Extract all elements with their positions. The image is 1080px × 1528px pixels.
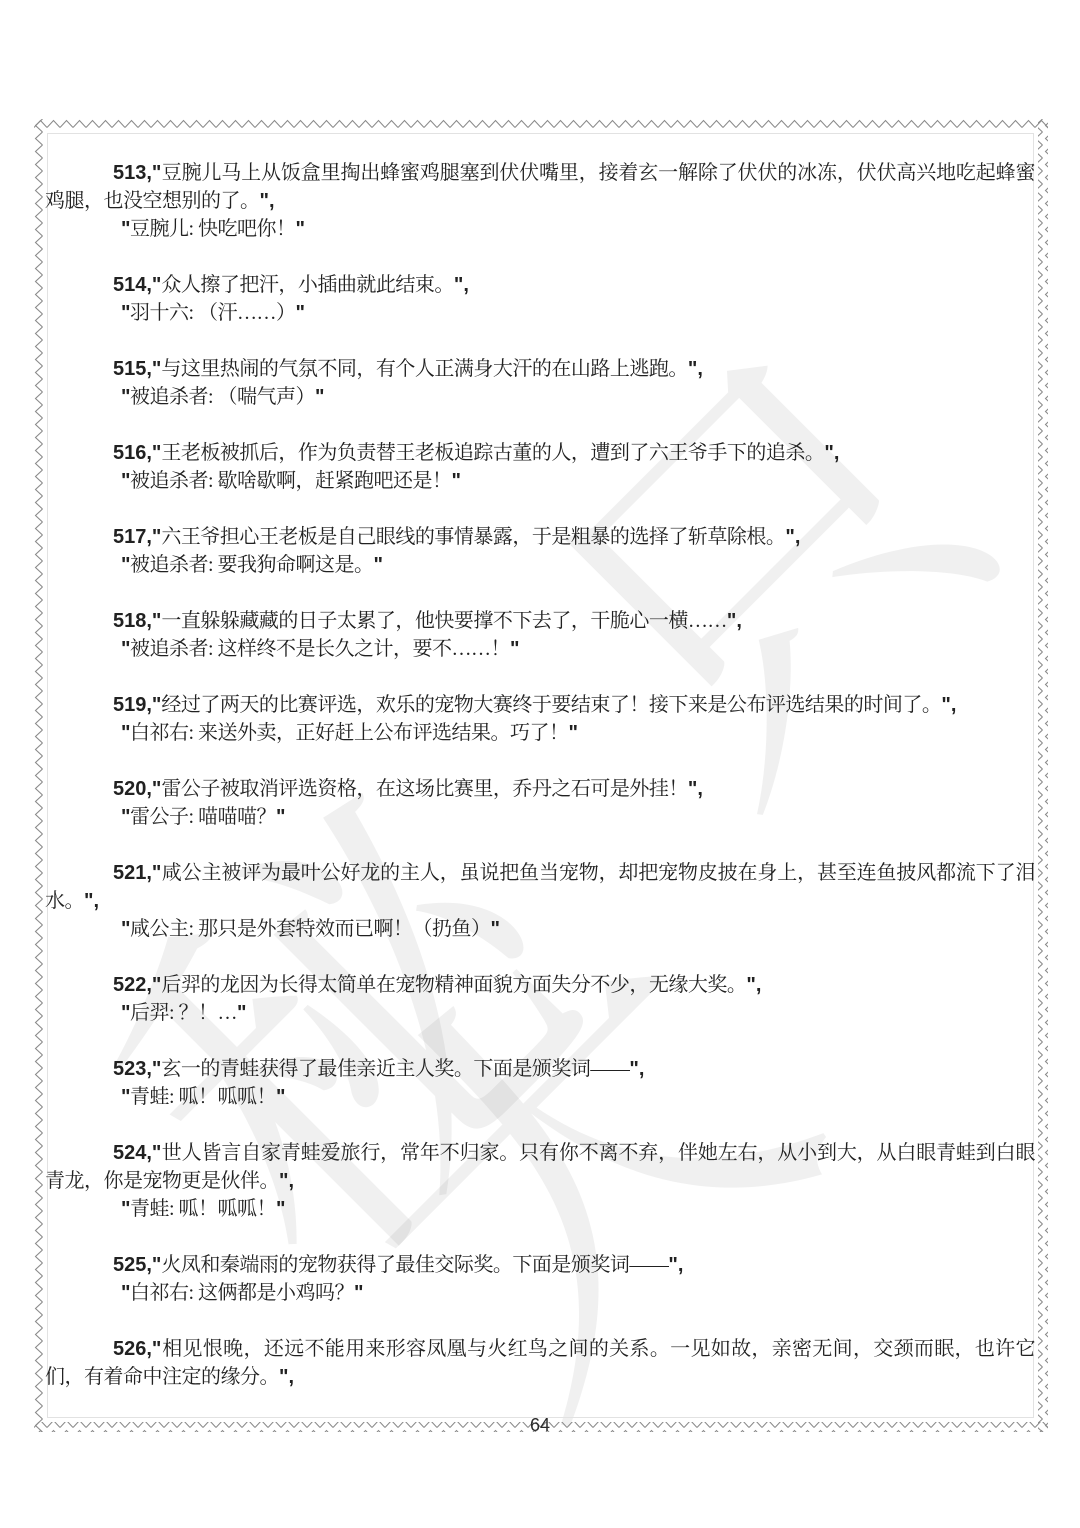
entry: 513,"豆腕儿马上从饭盒里掏出蜂蜜鸡腿塞到伏伏嘴里，接着玄一解除了伏伏的冰冻，… [45,159,1035,243]
entry-narration: 526,"相见恨晚，还远不能用来形容凤凰与火红鸟之间的关系。一见如故，亲密无间，… [45,1335,1035,1391]
entry-narration: 522,"后羿的龙因为长得太简单在宠物精神面貌方面失分不少，无缘大奖。", [45,971,1035,999]
entry-narration: 517,"六王爷担心王老板是自己眼线的事情暴露，于是粗暴的选择了斩草除根。", [45,523,1035,551]
entry-narration: 514,"众人擦了把汗，小插曲就此结束。", [45,271,1035,299]
entry: 518,"一直躲躲藏藏的日子太累了，他快要撑不下去了，干脆心一横……","被追杀… [45,607,1035,663]
entry-narration: 519,"经过了两天的比赛评选，欢乐的宠物大赛终于要结束了！接下来是公布评选结果… [45,691,1035,719]
entry: 522,"后羿的龙因为长得太简单在宠物精神面貌方面失分不少，无缘大奖。","后羿… [45,971,1035,1027]
border-left [34,119,44,1432]
entry-dialogue: "青蛙: 呱！呱呱！" [45,1083,1035,1111]
entry-dialogue: "被追杀者: 这样终不是长久之计，要不……！" [45,635,1035,663]
entry: 519,"经过了两天的比赛评选，欢乐的宠物大赛终于要结束了！接下来是公布评选结果… [45,691,1035,747]
entry-dialogue: "后羿: ？！…" [45,999,1035,1027]
entry-narration: 525,"火凤和秦端雨的宠物获得了最佳交际奖。下面是颁奖词——", [45,1251,1035,1279]
entry-narration: 518,"一直躲躲藏藏的日子太累了，他快要撑不下去了，干脆心一横……", [45,607,1035,635]
script-entries: 513,"豆腕儿马上从饭盒里掏出蜂蜜鸡腿塞到伏伏嘴里，接着玄一解除了伏伏的冰冻，… [45,159,1035,1419]
entry-narration: 513,"豆腕儿马上从饭盒里掏出蜂蜜鸡腿塞到伏伏嘴里，接着玄一解除了伏伏的冰冻，… [45,159,1035,215]
entry-dialogue: "青蛙: 呱！呱呱！" [45,1195,1035,1223]
entry-dialogue: "被追杀者: 要我狗命啊这是。" [45,551,1035,579]
entry: 514,"众人擦了把汗，小插曲就此结束。","羽十六: （汗……）" [45,271,1035,327]
entry: 524,"世人皆言自家青蛙爱旅行，常年不归家。只有你不离不弃，伴她左右，从小到大… [45,1139,1035,1223]
entry-dialogue: "白祁右: 这俩都是小鸡吗？" [45,1279,1035,1307]
entry: 515,"与这里热闹的气氛不同，有个人正满身大汗的在山路上逃跑。","被追杀者:… [45,355,1035,411]
border-right [1038,119,1048,1432]
border-top [34,119,1048,129]
page-number: 64 [45,1415,1035,1436]
entry-narration: 515,"与这里热闹的气氛不同，有个人正满身大汗的在山路上逃跑。", [45,355,1035,383]
entry: 525,"火凤和秦端雨的宠物获得了最佳交际奖。下面是颁奖词——","白祁右: 这… [45,1251,1035,1307]
entry-narration: 524,"世人皆言自家青蛙爱旅行，常年不归家。只有你不离不弃，伴她左右，从小到大… [45,1139,1035,1195]
entry: 521,"咸公主被评为最叶公好龙的主人，虽说把鱼当宠物，却把宠物皮披在身上，甚至… [45,859,1035,943]
entry-narration: 521,"咸公主被评为最叶公好龙的主人，虽说把鱼当宠物，却把宠物皮披在身上，甚至… [45,859,1035,915]
entry-dialogue: "被追杀者: （喘气声）" [45,383,1035,411]
entry: 516,"王老板被抓后，作为负责替王老板追踪古董的人，遭到了六王爷手下的追杀。"… [45,439,1035,495]
entry-dialogue: "羽十六: （汗……）" [45,299,1035,327]
entry: 517,"六王爷担心王老板是自己眼线的事情暴露，于是粗暴的选择了斩草除根。","… [45,523,1035,579]
entry: 520,"雷公子被取消评选资格，在这场比赛里，乔丹之石可是外挂！","雷公子: … [45,775,1035,831]
entry-dialogue: "雷公子: 喵喵喵？" [45,803,1035,831]
entry-narration: 523,"玄一的青蛙获得了最佳亲近主人奖。下面是颁奖词——", [45,1055,1035,1083]
entry: 523,"玄一的青蛙获得了最佳亲近主人奖。下面是颁奖词——","青蛙: 呱！呱呱… [45,1055,1035,1111]
entry-narration: 520,"雷公子被取消评选资格，在这场比赛里，乔丹之石可是外挂！", [45,775,1035,803]
entry-narration: 516,"王老板被抓后，作为负责替王老板追踪古董的人，遭到了六王爷手下的追杀。"… [45,439,1035,467]
entry-dialogue: "豆腕儿: 快吃吧你！" [45,215,1035,243]
entry-dialogue: "被追杀者: 歇啥歇啊，赶紧跑吧还是！" [45,467,1035,495]
entry-dialogue: "白祁右: 来送外卖，正好赶上公布评选结果。巧了！" [45,719,1035,747]
entry: 526,"相见恨晚，还远不能用来形容凤凰与火红鸟之间的关系。一见如故，亲密无间，… [45,1335,1035,1391]
document-page: { "page": { "number": "64" }, "watermark… [0,0,1080,1528]
entry-dialogue: "咸公主: 那只是外套特效而已啊！（扔鱼）" [45,915,1035,943]
